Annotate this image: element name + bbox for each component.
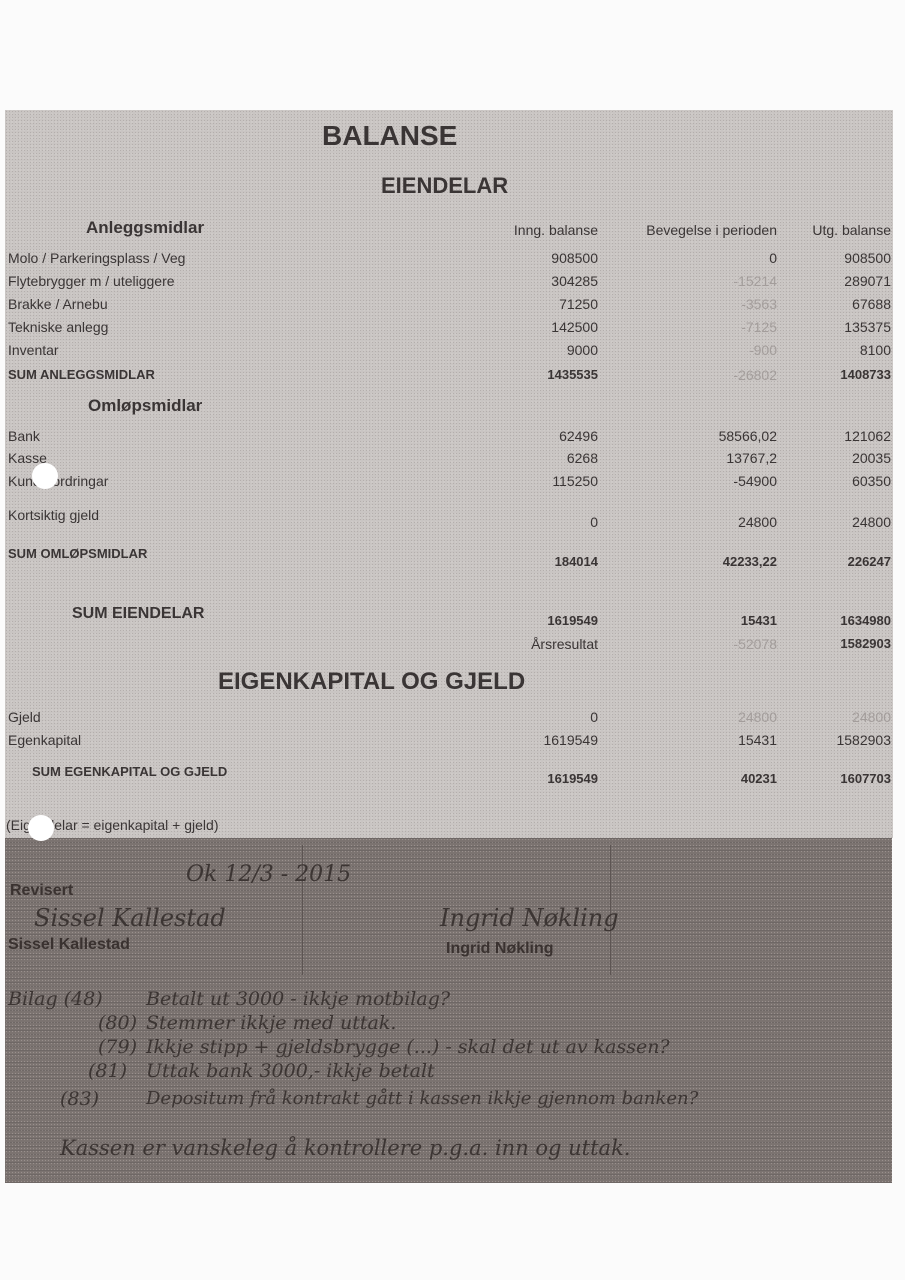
movement-value: 0 bbox=[769, 250, 777, 266]
row-label: Molo / Parkeringsplass / Veg bbox=[8, 250, 185, 266]
opening-value: 0 bbox=[590, 709, 598, 725]
opening-value: 304285 bbox=[551, 273, 598, 289]
assets-heading: EIENDELAR bbox=[381, 173, 508, 199]
closing-value: 1582903 bbox=[840, 636, 891, 651]
row-label: SUM ANLEGGSMIDLAR bbox=[8, 367, 155, 382]
closing-value: 226247 bbox=[848, 554, 891, 569]
signature-section bbox=[5, 838, 892, 1183]
column-header-closing: Utg. balanse bbox=[812, 222, 891, 238]
closing-value: 20035 bbox=[852, 450, 891, 466]
movement-value: 40231 bbox=[741, 771, 777, 786]
note-text: Kassen er vanskeleg å kontrollere p.g.a.… bbox=[60, 1136, 630, 1160]
movement-value: -54900 bbox=[733, 473, 777, 489]
fixed-assets-heading: Anleggsmidlar bbox=[86, 218, 204, 238]
opening-value: 6268 bbox=[567, 450, 598, 466]
movement-value: 15431 bbox=[738, 732, 777, 748]
opening-value: 1619549 bbox=[547, 771, 598, 786]
closing-value: 60350 bbox=[852, 473, 891, 489]
row-label: SUM OMLØPSMIDLAR bbox=[8, 546, 147, 561]
punch-hole bbox=[28, 815, 54, 841]
row-label: Inventar bbox=[8, 342, 59, 358]
note-ref: Bilag (48) bbox=[8, 988, 103, 1010]
movement-value: -900 bbox=[749, 342, 777, 358]
column-header-opening: Inng. balanse bbox=[514, 222, 598, 238]
note-ref: (79) bbox=[98, 1036, 137, 1058]
movement-value: -15214 bbox=[733, 273, 777, 289]
movement-value: -26802 bbox=[733, 367, 777, 383]
note-ref: (80) bbox=[98, 1012, 137, 1034]
equity-heading: EIGENKAPITAL OG GJELD bbox=[218, 668, 525, 696]
second-name: Ingrid Nøkling bbox=[446, 940, 554, 958]
note-text: Uttak bank 3000,- ikkje betalt bbox=[146, 1060, 435, 1082]
current-assets-heading: Omløpsmidlar bbox=[88, 396, 202, 416]
note-ref: (81) bbox=[88, 1060, 127, 1082]
movement-value: 24800 bbox=[738, 709, 777, 725]
opening-value: 184014 bbox=[555, 554, 598, 569]
row-label: Gjeld bbox=[8, 709, 41, 725]
column-header-movement: Bevegelse i perioden bbox=[646, 222, 777, 238]
movement-value: 24800 bbox=[738, 514, 777, 530]
opening-value: 0 bbox=[590, 514, 598, 530]
closing-value: 1634980 bbox=[840, 613, 891, 628]
movement-value: -7125 bbox=[741, 319, 777, 335]
movement-value: -3563 bbox=[741, 296, 777, 312]
opening-value: 142500 bbox=[551, 319, 598, 335]
closing-value: 908500 bbox=[844, 250, 891, 266]
movement-value: 42233,22 bbox=[723, 554, 777, 569]
note-text: Ikkje stipp + gjeldsbrygge (...) - skal … bbox=[146, 1036, 670, 1058]
movement-value: 13767,2 bbox=[726, 450, 777, 466]
opening-value: 62496 bbox=[559, 428, 598, 444]
opening-value: 115250 bbox=[552, 473, 598, 489]
note-text: Betalt ut 3000 - ikkje motbilag? bbox=[146, 988, 450, 1010]
document-title: BALANSE bbox=[322, 120, 457, 152]
closing-value: 8100 bbox=[860, 342, 891, 358]
row-label: SUM EIENDELAR bbox=[72, 605, 204, 623]
note-text: Stemmer ikkje med uttak. bbox=[146, 1012, 396, 1034]
second-signature: Ingrid Nøkling bbox=[440, 904, 619, 932]
closing-value: 1607703 bbox=[840, 771, 891, 786]
row-label: SUM EGENKAPITAL OG GJELD bbox=[32, 764, 227, 779]
opening-value: 9000 bbox=[567, 342, 598, 358]
note-text: Depositum frå kontrakt gått i kassen ikk… bbox=[146, 1088, 698, 1109]
closing-value: 24800 bbox=[852, 709, 891, 725]
closing-value: 1408733 bbox=[840, 367, 891, 382]
movement-value: 58566,02 bbox=[719, 428, 777, 444]
closing-value: 289071 bbox=[844, 273, 891, 289]
handwritten-date: Ok 12/3 - 2015 bbox=[186, 862, 351, 887]
auditor-name: Sissel Kallestad bbox=[8, 936, 130, 954]
opening-value: 1619549 bbox=[547, 613, 598, 628]
movement-value: -52078 bbox=[733, 636, 777, 652]
opening-value: 1619549 bbox=[543, 732, 598, 748]
opening-value: 71250 bbox=[559, 296, 598, 312]
row-label: Årsresultat bbox=[531, 636, 598, 652]
movement-value: 15431 bbox=[741, 613, 777, 628]
closing-value: 121062 bbox=[844, 428, 891, 444]
auditor-label: Revisert bbox=[10, 882, 73, 900]
row-label: Brakke / Arnebu bbox=[8, 296, 108, 312]
note-ref: (83) bbox=[60, 1088, 99, 1110]
auditor-signature: Sissel Kallestad bbox=[34, 904, 226, 932]
punch-hole bbox=[32, 463, 58, 489]
row-label: Bank bbox=[8, 428, 40, 444]
closing-value: 1582903 bbox=[836, 732, 891, 748]
row-label: Egenkapital bbox=[8, 732, 81, 748]
row-label: Flytebrygger m / uteliggere bbox=[8, 273, 175, 289]
closing-value: 135375 bbox=[844, 319, 891, 335]
row-label: Tekniske anlegg bbox=[8, 319, 108, 335]
row-label: Kortsiktig gjeld bbox=[8, 507, 99, 523]
opening-value: 908500 bbox=[551, 250, 598, 266]
row-label: Kundefordringar bbox=[8, 473, 108, 489]
closing-value: 24800 bbox=[852, 514, 891, 530]
opening-value: 1435535 bbox=[547, 367, 598, 382]
closing-value: 67688 bbox=[852, 296, 891, 312]
